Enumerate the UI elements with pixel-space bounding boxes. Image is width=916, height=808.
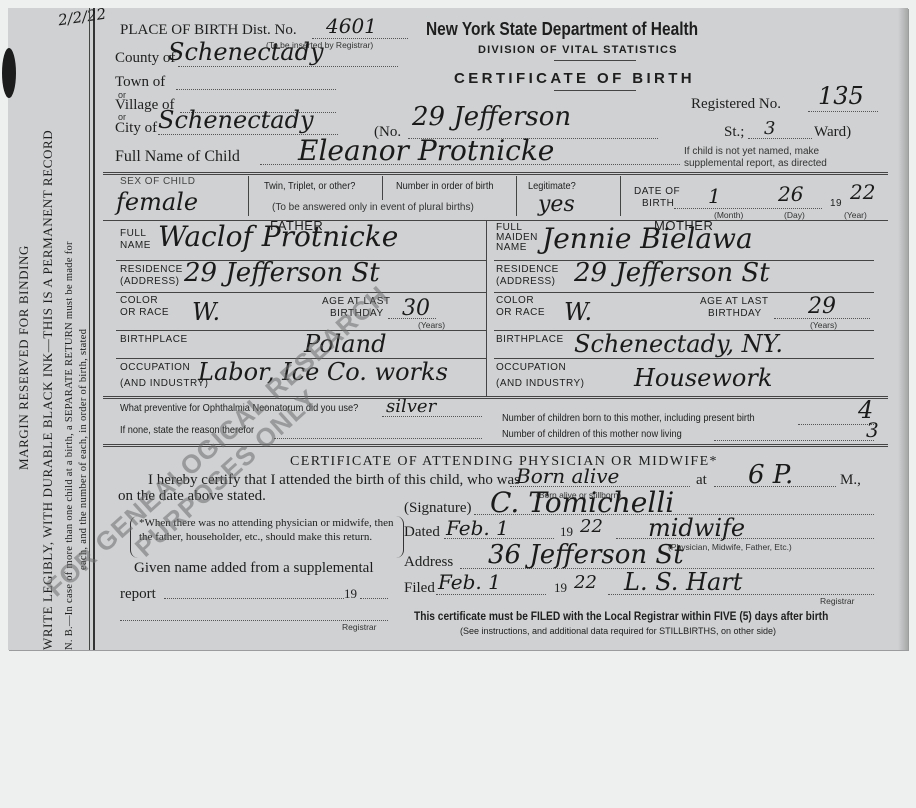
preventive-value: silver [386,396,436,417]
street-value: 29 Jefferson [412,102,571,132]
division-title: DIVISION OF VITAL STATISTICS [478,44,678,56]
mother-name: Jennie Bielawa [542,222,753,255]
supplemental-label: Given name added from a supplemental [134,560,374,577]
dist-no-value: 4601 [326,14,377,38]
mother-residence: 29 Jefferson St [574,258,770,288]
father-age: 30 [402,296,430,321]
filed-label: Filed [404,580,435,597]
city-label: City of [115,120,157,137]
father-name: Waclof Protnicke [158,220,398,253]
place-of-birth-label: PLACE OF BIRTH Dist. No. [120,22,297,39]
children-born-field[interactable] [798,424,874,425]
children-living-label: Number of children of this mother now li… [502,428,682,440]
mother-age: 29 [808,294,836,319]
signature-value: C. Tomichelli [490,486,674,519]
reason-field[interactable] [274,438,482,439]
city-value: Schenectady [158,106,314,134]
county-field[interactable] [178,66,398,67]
report-year-field[interactable] [360,598,388,599]
dated-label: Dated [404,524,440,541]
plural-births-hint: (To be answered only in event of plural … [272,202,474,213]
dob-year: 22 [850,180,875,204]
sex-value: female [116,188,198,216]
ward-label: Ward) [814,124,851,141]
parents-divider [486,220,487,396]
file-date: 2/2/22 [57,7,107,29]
filed-value: Feb. 1 [438,570,501,594]
ward-field[interactable] [748,138,812,139]
dob-field[interactable] [674,208,822,209]
dated-value: Feb. 1 [446,516,509,540]
child-name-value: Eleanor Protnicke [298,134,554,167]
report-field[interactable] [164,598,344,599]
dob-day: 26 [778,182,803,206]
document-title: CERTIFICATE OF BIRTH [454,70,695,87]
child-name-label: Full Name of Child [115,148,240,166]
sex-label: SEX OF CHILD [120,176,195,188]
signature-label: (Signature) [404,500,471,517]
binding-note: MARGIN RESERVED FOR BINDING [16,245,32,470]
father-color: W. [192,298,220,326]
section-divider [103,172,888,175]
divider [554,60,636,61]
birth-order-label: Number in order of birth [396,180,494,192]
time-value: 6 P. [748,460,793,490]
born-status-value: Born alive [516,464,619,488]
dated-year: 22 [580,516,603,537]
town-label: Town of [115,74,165,91]
county-value: Schenectady [168,38,324,66]
mother-color: W. [564,298,592,326]
children-living-field[interactable] [714,440,874,441]
registrar-signature: L. S. Hart [624,568,742,596]
supplemental-registrar-field[interactable] [120,620,388,621]
filing-rule: This certificate must be FILED with the … [414,609,828,623]
mother-birthplace: Schenectady, NY. [574,330,783,358]
ward-value: 3 [764,118,775,139]
divider [554,90,636,91]
dist-no-field[interactable] [312,38,408,39]
legitimate-label: Legitimate? [528,180,576,192]
plural-birth-note-2: each, and the number of each, in order o… [78,329,89,570]
registered-no-value: 135 [818,82,864,110]
attendant-section-title: CERTIFICATE OF ATTENDING PHYSICIAN OR MI… [290,454,718,470]
dob-month: 1 [708,184,721,208]
report-label: report [120,586,156,603]
mother-occupation: Housework [634,364,772,392]
role-value: midwife [648,514,745,542]
filing-sub: (See instructions, and additional data r… [460,626,776,636]
legitimate-value: yes [538,192,575,217]
father-residence: 29 Jefferson St [184,258,380,288]
county-label: County of [115,50,175,67]
filed-year: 22 [574,572,597,593]
address-value: 36 Jefferson St [488,540,684,570]
children-living-value: 3 [866,418,879,442]
agency-title: New York State Department of Health [426,19,698,40]
twin-label: Twin, Triplet, or other? [264,180,355,192]
st-label: St.; [724,124,744,141]
registered-no-label: Registered No. [691,96,781,113]
filed-field[interactable] [436,594,546,595]
registered-no-field[interactable] [808,111,878,112]
children-born-label: Number of children born to this mother, … [502,412,755,424]
address-label: Address [404,554,453,571]
town-field[interactable] [176,89,336,90]
